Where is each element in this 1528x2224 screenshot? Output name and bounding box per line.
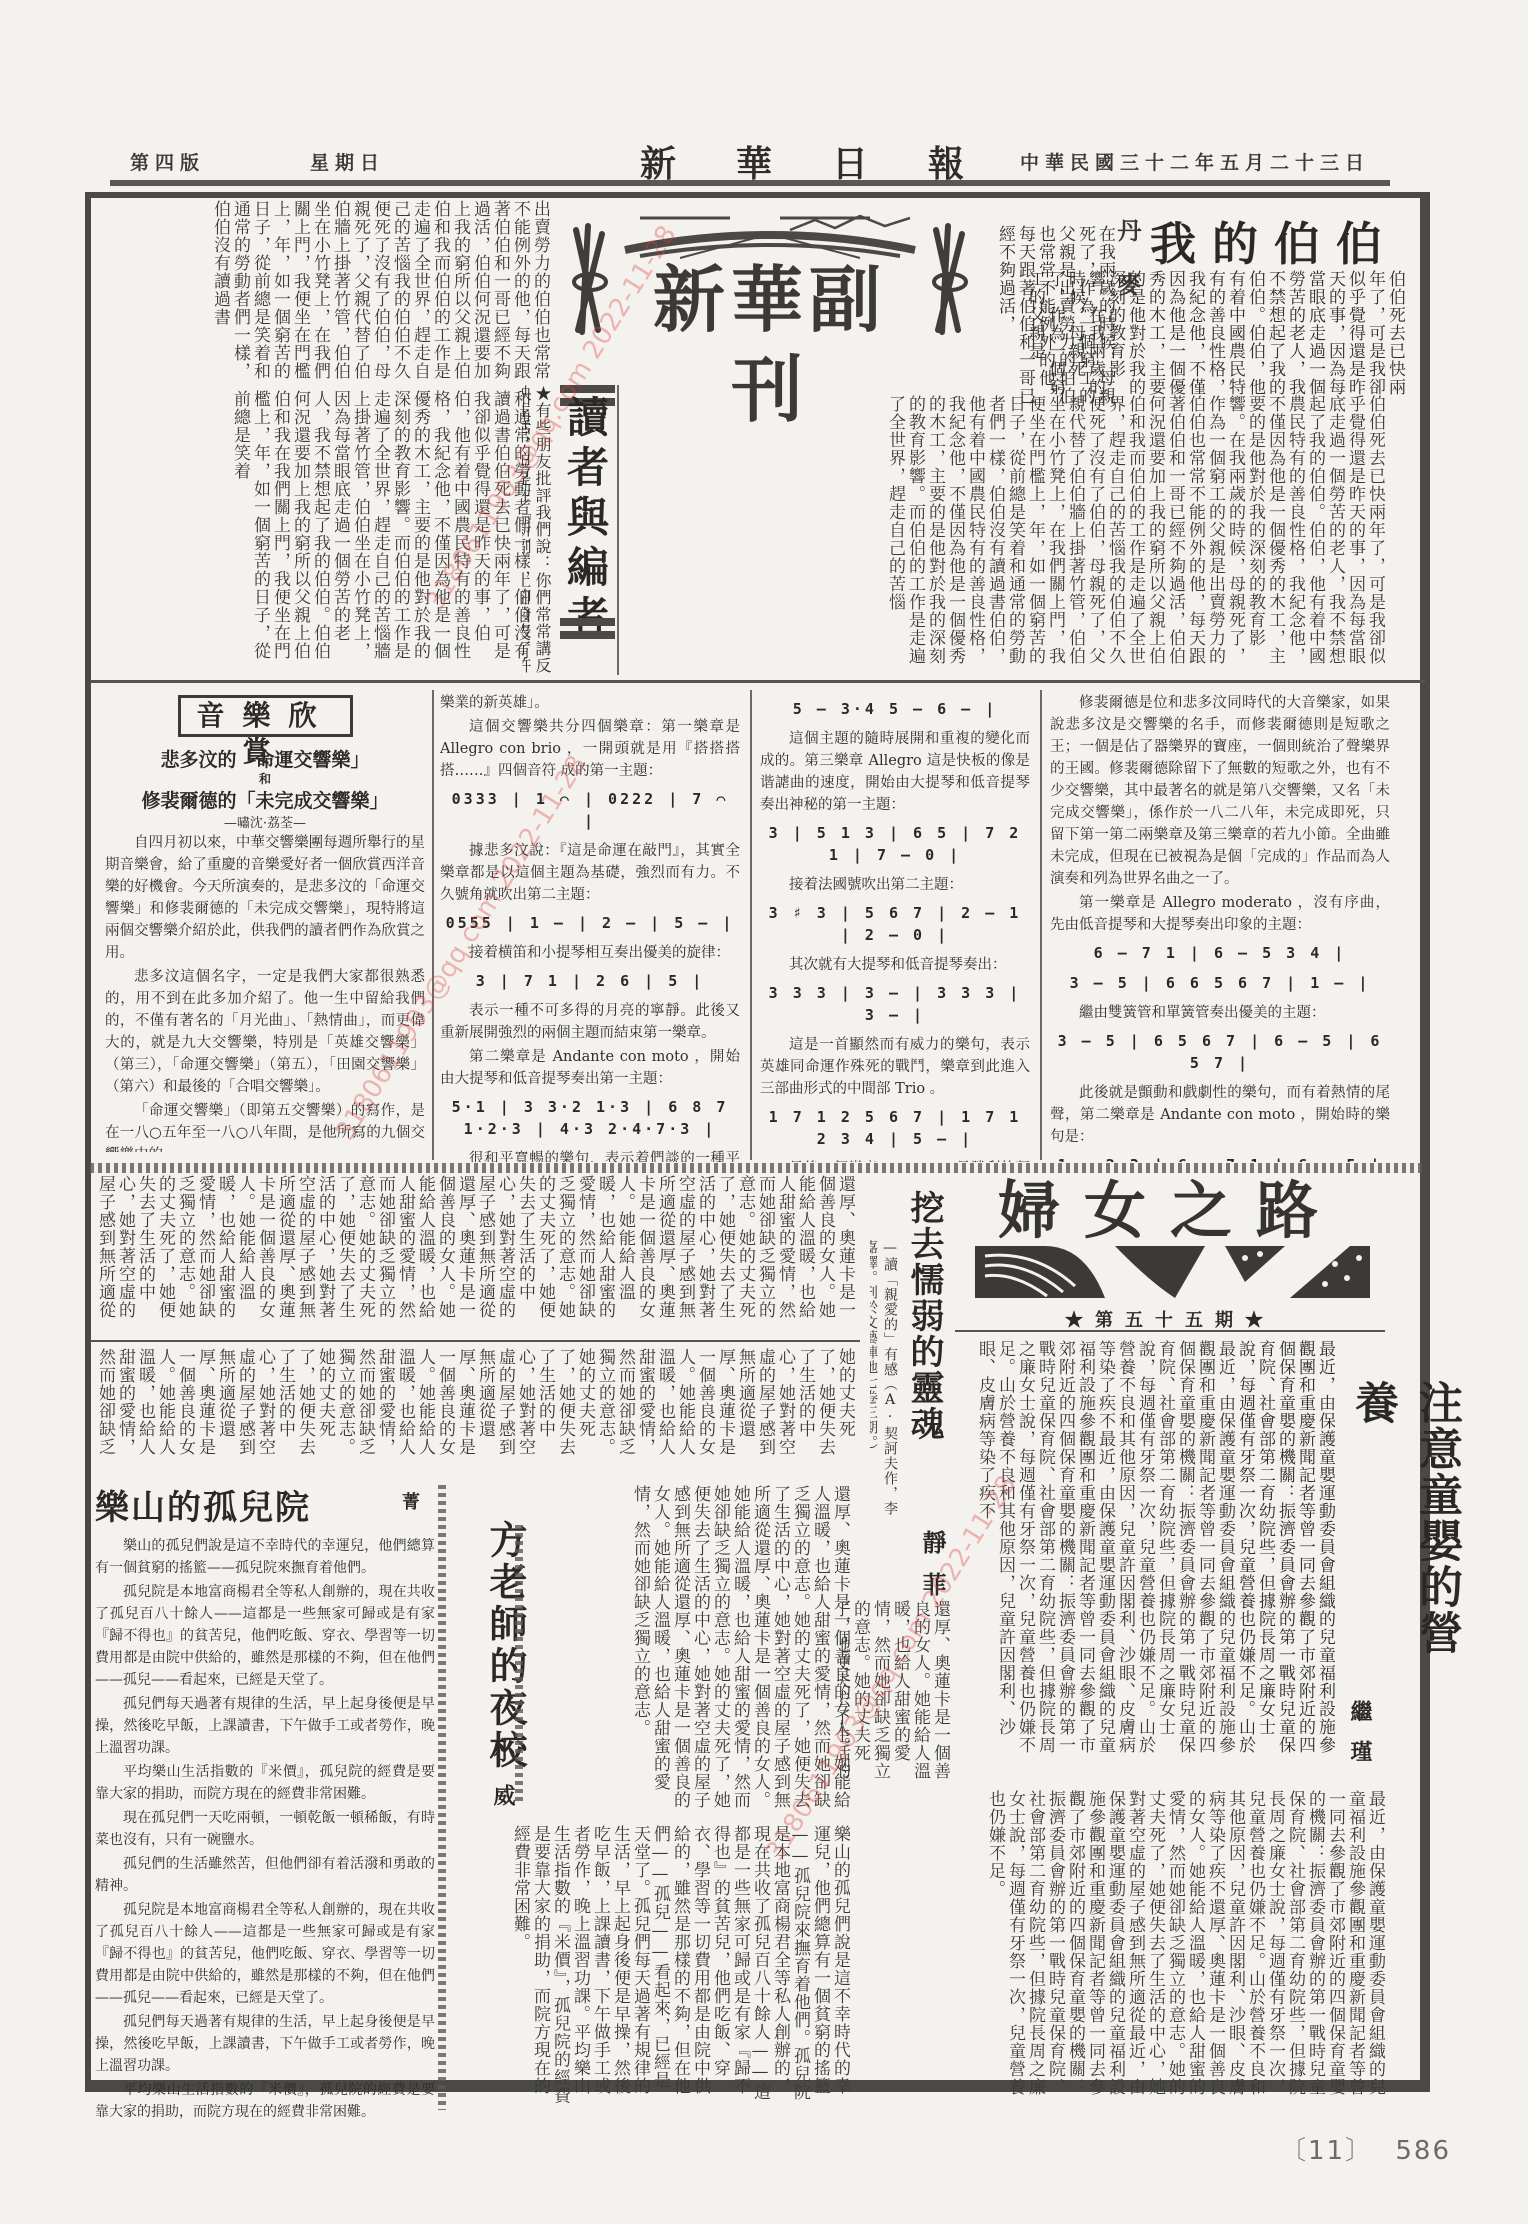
score-theme-1: 0333 | 1 ⌒ | 0222 | 7 ⌒ | xyxy=(440,788,740,832)
article-author-orphanage: 菁 xyxy=(402,1488,420,1514)
women-article-middle-body: 她的丈夫死了，她便失去了生活的中心，她對著空虛的屋子感到無所適從還厚、奧蓮卡是一… xyxy=(95,1348,855,1473)
supplement-masthead: 新華副刊 xyxy=(560,200,980,370)
score-theme-15: 3 — 5 | 6 5 6 7 | 6 — 5 | 6 5 7 | xyxy=(1050,1030,1390,1074)
score-theme-10: 1 7 1 2 5 6 7 | 1 7 1 2 3 4 | 5 — | xyxy=(760,1106,1030,1150)
womens-section-title: 婦女之路 xyxy=(955,1180,1385,1242)
readers-bar-bottom xyxy=(560,618,615,626)
wavy-divider xyxy=(438,1485,446,2110)
page-marker: 〔11〕 xyxy=(1280,2136,1373,2166)
header-rule xyxy=(110,180,1390,186)
article-body-child-nutrition: 最近，由保護童嬰運動委員會組織的兒童福利設施參觀團和重慶新聞記者等曾一同去參觀了… xyxy=(955,1340,1235,1760)
edition-label: 第四版 xyxy=(130,148,205,175)
score-theme-6: 5 — 3·4 5 — 6 — | xyxy=(760,698,1030,720)
score-theme-14: 3 — 5 | 6 6 5 6 7 | 1 — | xyxy=(1050,972,1390,994)
brush-bundle-icon xyxy=(568,220,612,340)
orphanage-article: 樂山的孤兒院 菁 樂山的孤兒們說是這不幸時代的幸運兒，他們總算有一個貧窮的搖籃—… xyxy=(95,1480,435,2120)
column-divider xyxy=(432,690,434,1160)
section-divider xyxy=(90,1340,860,1342)
music-intro-text: 自四月初以來，中華交響樂團每週所舉行的星期音樂會，給了重慶的音樂愛好者一個欣賞西… xyxy=(105,832,425,1152)
music-headline-2: 修裴爾德的「未完成交響樂」 xyxy=(100,786,430,813)
column-divider xyxy=(617,385,619,675)
masthead-title: 新華副刊 xyxy=(620,255,920,345)
music-section-title-box: 音樂欣賞 xyxy=(178,695,353,737)
music-schubert-analysis: 修裴爾德是位和悲多汶同時代的大音樂家，如果說悲多汶是交響樂的名手，而修裴爾德則是… xyxy=(1050,692,1390,1162)
score-theme-13: 6 — 7 1 | 6 — 5 3 4 | xyxy=(1050,942,1390,964)
article-body-night-school-upper: 還厚、奧蓮卡是一個善良的女人。她能給人溫暖，也給人甜蜜的愛情，然而她卻缺乏獨立的… xyxy=(525,1485,850,1820)
weekday-label: 星期日 xyxy=(310,148,385,175)
date-label: 中華民國三十二年五月二十三日 xyxy=(1020,148,1370,175)
article-body-lower-right: 最近，由保護童嬰運動委員會組織的兒童福利設施參觀團和重慶新聞記者等曾一同去參觀了… xyxy=(860,1790,1385,2100)
readers-bar-top xyxy=(560,385,615,393)
article-title-weak-soul: 挖去懦弱的靈魂 xyxy=(900,1190,949,1450)
woodcut-landscape-icon xyxy=(975,1242,1370,1300)
article-body-weak-soul-lower: 還厚、奧蓮卡是一個善良的女人。她能給人溫暖，也給人甜蜜的愛情，然而她卻缺乏獨立的… xyxy=(840,1600,950,1780)
top-story-body-left-lower: 和通常的勞動者們一樣，伯伯沒有讀過書伯伯死去已快兩年了，可是我卻似乎覺得還是昨天… xyxy=(90,390,530,675)
music-headline-and: 和 xyxy=(100,770,430,787)
music-section-title: 音樂欣賞 xyxy=(181,698,350,734)
top-story-body-right-lower: 伯伯死去已快兩年了，可是我卻似乎覺得還是昨天的事，因為每當眼底走過一個勞苦的老人… xyxy=(620,395,1385,680)
womens-section-banner: 婦女之路 xyxy=(955,1180,1385,1300)
column-divider xyxy=(1040,690,1042,1160)
score-theme-9: 3 3 3 | 3 — | 3 3 3 | 3 — | xyxy=(760,982,1030,1026)
score-theme-4: 5·1 | 3 3·2 1·3 | 6 8 7 1·2·3 | 4·3 2·4·… xyxy=(440,1096,740,1140)
field-landscape-icon xyxy=(620,200,920,260)
readers-editors-title: 讀者與編者 xyxy=(555,395,615,645)
section-divider xyxy=(90,680,1425,683)
brush-bundle-icon xyxy=(928,220,972,340)
top-story-title: 我的伯伯 xyxy=(1150,208,1398,274)
section-divider xyxy=(955,1330,1385,1332)
music-beethoven-continued: 5 — 3·4 5 — 6 — | 這個主題的隨時展開和重複的變化而成的。第三樂… xyxy=(760,692,1030,1162)
music-headline-1: 悲多汶的「命運交響樂」 xyxy=(100,745,430,772)
article-author-child-nutrition: 繼瑾 xyxy=(1345,1700,1376,1780)
score-theme-8: 3 ♯ 3 | 5 6 7 | 2 — 1 | 2 — 0 | xyxy=(760,902,1030,946)
wavy-divider xyxy=(90,1163,1425,1173)
page-number: 586 xyxy=(1395,2136,1451,2166)
page-footer: 〔11〕 586 xyxy=(1280,2130,1451,2167)
score-theme-7: 3 | 5 1 3 | 6 5 | 7 2 1 | 7 — 0 | xyxy=(760,822,1030,866)
women-article-upper-body: 還厚、奧蓮卡是一個善良的女人。她能給人溫暖，也給人甜蜜的愛情，然而她卻缺乏獨立的… xyxy=(95,1175,855,1330)
readers-bar-bottom xyxy=(560,631,615,639)
article-title-orphanage: 樂山的孤兒院 xyxy=(95,1480,435,1529)
score-theme-2: 0555 | 1 — | 2 — | 5 — | xyxy=(440,912,740,934)
article-subtitle-weak-soul: —讀「親愛的」有感（A·契訶夫作，李嘉譯。刊於文藝陣地七卷三期。） xyxy=(870,1240,900,1520)
music-beethoven-analysis: 樂業的新英雄」。 這個交響樂共分四個樂章：第一樂章是 Allegro con b… xyxy=(440,692,740,1162)
top-story-body-side: 在我兩歲的時候，母親死了，作為一個窮工的父親是出賣勞力的伯伯也常常不能例外的他，… xyxy=(985,225,1115,405)
article-body-night-school: 樂山的孤兒們說是這不幸時代的幸運兒，他們總算有一個貧窮的搖籃——孤兒院來撫育着他… xyxy=(450,1825,850,2105)
score-theme-16: 1 — 2 3 | 6 — 7 1 | 6 — 5 | xyxy=(1050,1154,1390,1162)
music-byline: —嘯沈·荔荃— xyxy=(100,812,430,831)
page-header: 第四版 星期日 新華日報 中華民國三十二年五月二十三日 xyxy=(110,140,1390,180)
wavy-divider xyxy=(515,1525,523,1805)
column-divider xyxy=(750,690,752,1160)
top-story-body-left: 出賣勞力的伯伯也常常不能例外的他，每天跟著伯伯和一哥已經不夠過活，伯伯何況還要加… xyxy=(95,200,550,385)
article-title-child-nutrition: 注意童嬰的營養 xyxy=(1340,1380,1468,1700)
article-body-child-nutrition-lead: 最近，由保護童嬰運動委員會組織的兒童福利設施參觀團和重慶新聞記者等曾一同去參觀了… xyxy=(1240,1340,1335,1760)
score-theme-3: 3 | 7 1 | 2 6 | 5 | xyxy=(440,970,740,992)
womens-issue-number: ★第五十五期★ xyxy=(1020,1306,1320,1332)
readers-editors-intro: ★有些朋友批評我們說：你們常常講反映生活，但是在『新副』上卻發表了許多詩和寓言 xyxy=(522,385,552,675)
